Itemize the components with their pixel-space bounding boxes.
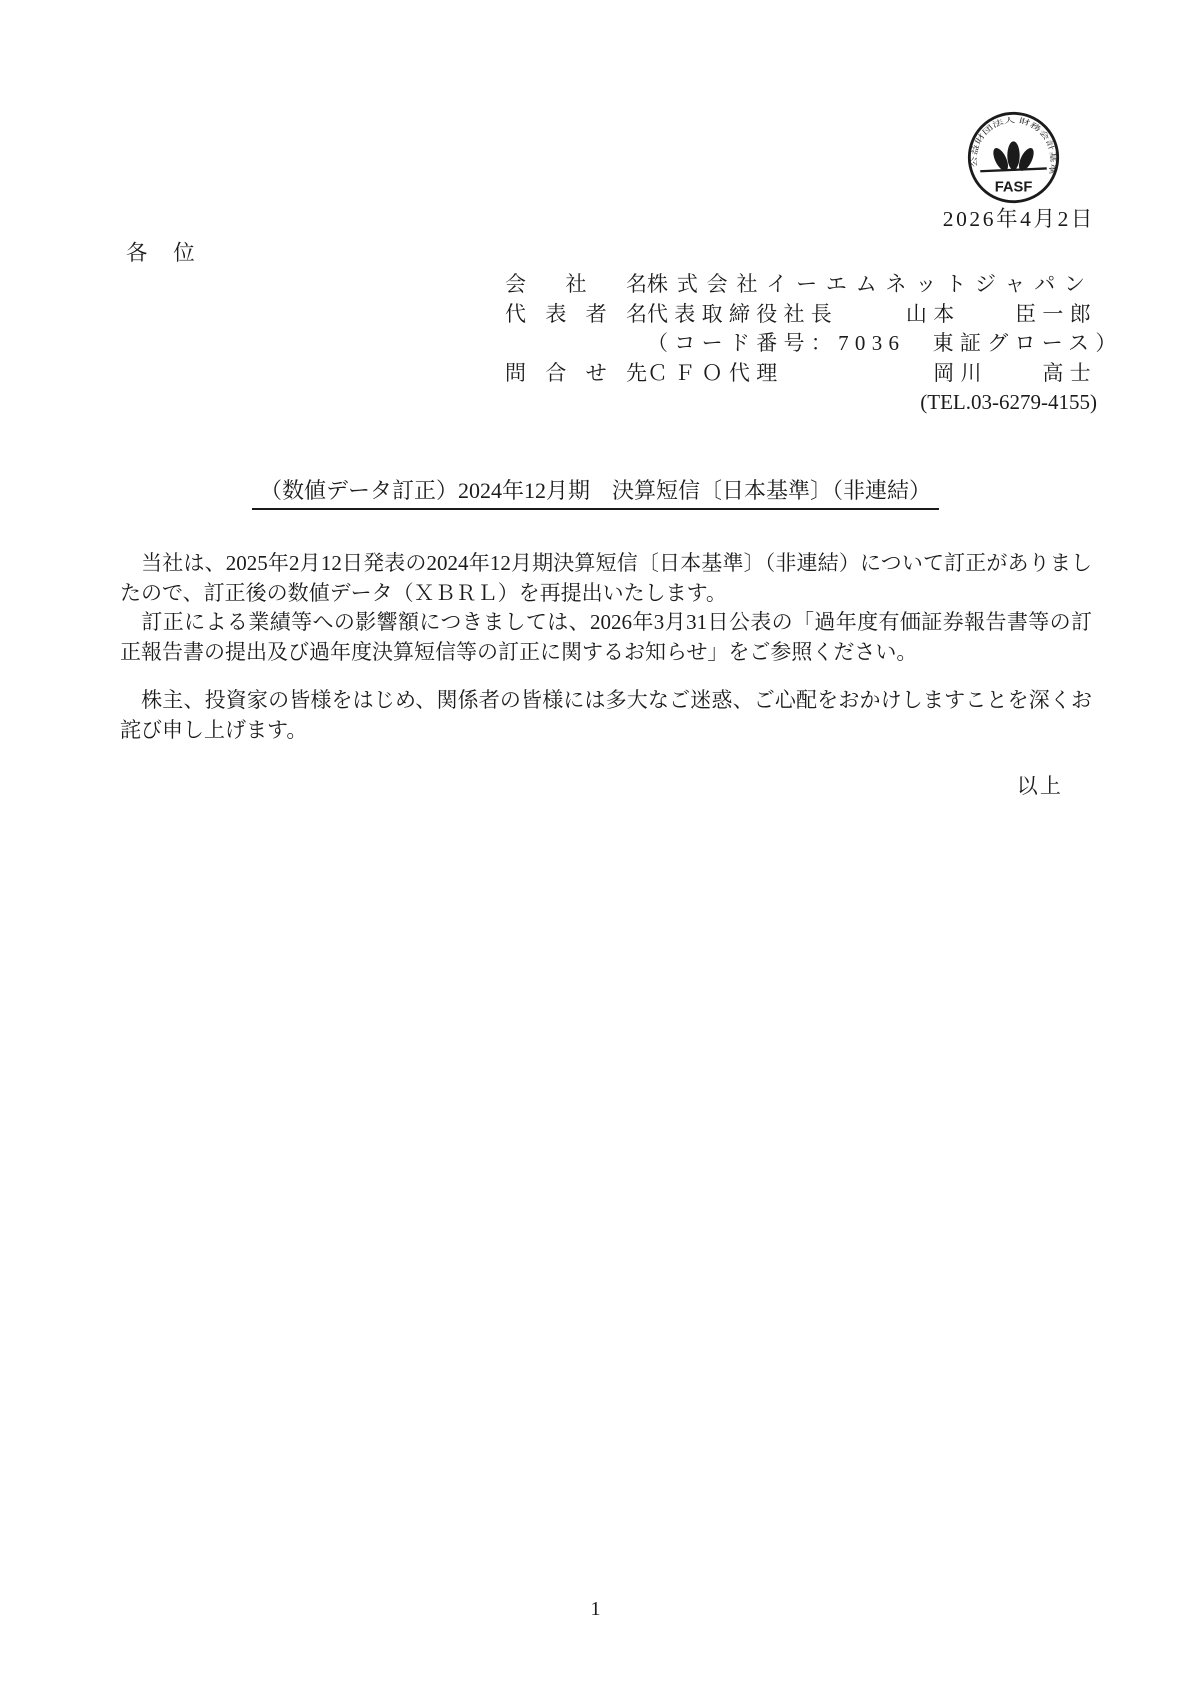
stock-code-value: （コード番号：7036 東証グロース）	[647, 329, 1123, 359]
body-section-2: 株主、投資家の皆様をはじめ、関係者の皆様には多大なご迷惑、ご心配をおかけしますこ…	[120, 686, 1092, 745]
representative-label: 代表者名	[505, 300, 647, 330]
body-section-1: 当社は、2025年2月12日発表の2024年12月期決算短信〔日本基準〕（非連結…	[120, 549, 1092, 667]
stock-code-label	[505, 329, 647, 359]
phone-label	[505, 388, 647, 418]
phone-number: (TEL.03-6279-4155)	[920, 388, 1097, 418]
contact-title: ＣＦＯ代理	[647, 359, 784, 389]
sender-row-contact: 問合せ先 ＣＦＯ代理 岡川 高士	[505, 359, 1097, 389]
document-page: 公益財団法人 財務会計基準機構 会員 FASF 2026年4月2日 各 位 会社…	[0, 0, 1191, 1684]
sender-row-stock-code: （コード番号：7036 東証グロース）	[505, 329, 1097, 359]
document-title: （数値データ訂正）2024年12月期 決算短信〔日本基準〕（非連結）	[252, 474, 939, 510]
fasf-seal-logo: 公益財団法人 財務会計基準機構 会員 FASF	[966, 110, 1061, 205]
title-row: （数値データ訂正）2024年12月期 決算短信〔日本基準〕（非連結）	[0, 474, 1191, 510]
contact-name: 岡川 高士	[933, 359, 1097, 389]
representative-title: 代表取締役社長	[647, 300, 838, 330]
sender-row-representative: 代表者名 代表取締役社長 山本 臣一郎	[505, 300, 1097, 330]
paragraph-impact-reference: 訂正による業績等への影響額につきましては、2026年3月31日公表の「過年度有価…	[120, 608, 1092, 667]
fasf-seal-icon: 公益財団法人 財務会計基準機構 会員 FASF	[966, 110, 1061, 205]
fasf-wordmark: FASF	[995, 180, 1033, 196]
contact-label: 問合せ先	[505, 359, 647, 389]
document-date: 2026年4月2日	[0, 202, 1095, 233]
sender-row-phone: (TEL.03-6279-4155)	[505, 388, 1097, 418]
sender-row-company: 会社名 株式会社イーエムネットジャパン	[505, 270, 1097, 300]
paragraph-correction-notice: 当社は、2025年2月12日発表の2024年12月期決算短信〔日本基準〕（非連結…	[120, 549, 1092, 608]
sender-block: 会社名 株式会社イーエムネットジャパン 代表者名 代表取締役社長 山本 臣一郎 …	[505, 270, 1097, 418]
company-name-label: 会社名	[505, 270, 647, 300]
company-name-value: 株式会社イーエムネットジャパン	[647, 270, 1094, 300]
closing-text: 以上	[1017, 770, 1063, 800]
representative-name: 山本 臣一郎	[906, 300, 1097, 330]
page-number: 1	[0, 1598, 1191, 1621]
salutation: 各 位	[126, 236, 197, 267]
leaf-center-icon	[1007, 141, 1019, 170]
paragraph-apology: 株主、投資家の皆様をはじめ、関係者の皆様には多大なご迷惑、ご心配をおかけしますこ…	[120, 686, 1092, 745]
